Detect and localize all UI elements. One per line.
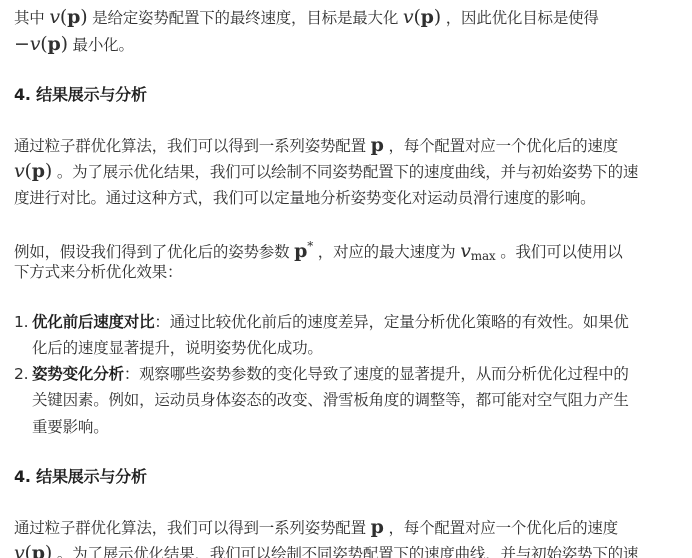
section-heading: 4. 结果展示与分析 [14, 85, 147, 105]
math-v-p: v(p) [14, 160, 52, 182]
text-line: −v(p) 最小化。 [14, 34, 134, 55]
math-v-p: v(p) [49, 6, 87, 28]
list-item-title: 优化前后速度对比 [32, 313, 154, 331]
text-line: 化后的速度显著提升，说明姿势优化成功。 [32, 338, 323, 358]
text-line: 通过粒子群优化算法，我们可以得到一系列姿势配置 p ，每个配置对应一个优化后的速… [14, 517, 618, 538]
math-p-star: p* [294, 240, 313, 262]
text: 。为了展示优化结果，我们可以绘制不同姿势配置下的速度曲线，并与初始姿势下的速 [57, 163, 638, 181]
text-line: 度进行对比。通过这种方式，我们可以定量地分析姿势变化对运动员滑行速度的影响。 [14, 188, 595, 208]
list-item-title: 姿势变化分析 [32, 365, 124, 383]
text: 。我们可以使用以 [500, 243, 622, 261]
text-line: 下方式来分析优化效果： [14, 262, 182, 282]
text: ，对应的最大速度为 [318, 243, 456, 261]
list-number: 2. [14, 364, 32, 384]
text: ：观察哪些姿势参数的变化导致了速度的显著提升，从而分析优化过程中的 [124, 365, 629, 383]
text: 最小化。 [73, 36, 134, 54]
text: 是给定姿势配置下的最终速度，目标是最大化 [92, 9, 398, 27]
text: 例如，假设我们得到了优化后的姿势参数 [14, 243, 289, 261]
text-line: 重要影响。 [32, 417, 109, 437]
text-line: v(p) 。为了展示优化结果，我们可以绘制不同姿势配置下的速度曲线，并与初始姿势… [14, 161, 638, 182]
list-item: 2.姿势变化分析：观察哪些姿势参数的变化导致了速度的显著提升，从而分析优化过程中… [14, 364, 629, 384]
text: ，每个配置对应一个优化后的速度 [388, 519, 618, 537]
math-p: p [371, 134, 384, 156]
math-v-max: vmax [460, 240, 495, 262]
text: 通过粒子群优化算法，我们可以得到一系列姿势配置 [14, 137, 366, 155]
text-line: 通过粒子群优化算法，我们可以得到一系列姿势配置 p ，每个配置对应一个优化后的速… [14, 135, 618, 156]
math-v-p: v(p) [403, 6, 441, 28]
list-number: 1. [14, 312, 32, 332]
text: ：通过比较优化前后的速度差异，定量分析优化策略的有效性。如果优 [154, 313, 628, 331]
math-v-p: v(p) [14, 542, 52, 558]
math-neg-v-p: −v(p) [14, 33, 68, 55]
text: 。为了展示优化结果，我们可以绘制不同姿势配置下的速度曲线，并与初始姿势下的速 [57, 545, 638, 558]
section-heading: 4. 结果展示与分析 [14, 467, 147, 487]
text: ，因此优化目标是使得 [446, 9, 599, 27]
math-p: p [371, 516, 384, 538]
text: 其中 [14, 9, 45, 27]
text-line: v(p) 。为了展示优化结果，我们可以绘制不同姿势配置下的速度曲线，并与初始姿势… [14, 543, 638, 558]
text-line: 关键因素。例如，运动员身体姿态的改变、滑雪板角度的调整等，都可能对空气阻力产生 [32, 390, 629, 410]
list-item: 1.优化前后速度对比：通过比较优化前后的速度差异，定量分析优化策略的有效性。如果… [14, 312, 629, 332]
text: ，每个配置对应一个优化后的速度 [388, 137, 618, 155]
text: 通过粒子群优化算法，我们可以得到一系列姿势配置 [14, 519, 366, 537]
text-line: 其中 v(p) 是给定姿势配置下的最终速度，目标是最大化 v(p) ，因此优化目… [14, 7, 599, 28]
